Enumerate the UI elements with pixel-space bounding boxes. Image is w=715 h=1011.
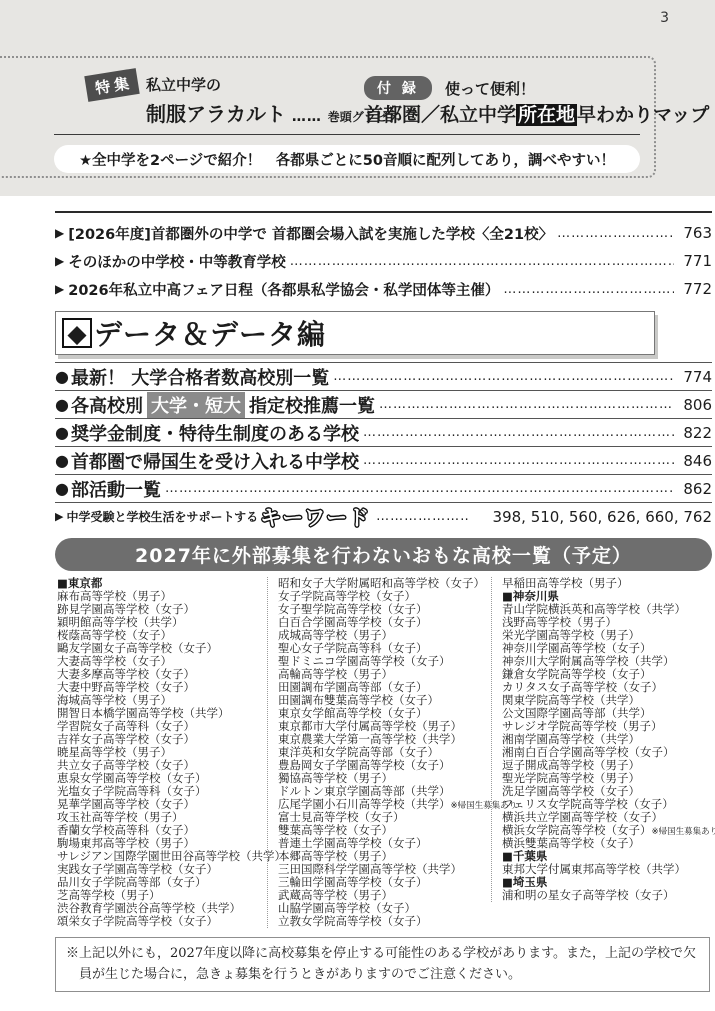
tokushu-line1: 私立中学の [146,74,221,95]
toc-page-number: 771 [678,252,712,270]
toc-label-post: 指定校推薦一覧 [249,392,375,418]
toc-top: ▶ [2026年度]首都圏外の中学で 首都圏会場入試を実施した学校〈全21校〉 … [55,219,712,303]
star-banner: ★全中学を2ページで紹介！ 各都県ごとに50音順に配列してあり，調べやすい！ [54,145,640,173]
toc-row: ▶ そのほかの中学校・中等教育学校 …………………………………………………………… [55,247,712,275]
toc-data-row: ● 各高校別 大学・短大 指定校推薦一覧 …………………………………………………… [55,390,712,418]
triangle-bullet-icon: ▶ [55,510,63,523]
toc-label: 首都圏で帰国生を受け入れる中学校 [71,448,359,474]
feature-divider [54,134,640,135]
circle-bullet-icon: ● [55,395,69,414]
furoku-line2-post: 早わかりマップ [577,104,709,126]
dot-leader: …………………………………………………………………………………………………………… [363,425,674,440]
school-row: 浦和明の星女子高等学校（女子） [502,889,715,902]
toc-label: 2026年私立中高フェア日程（各都県私学協会・私学団体等主催） [68,279,499,300]
toc-data-row: ● 首都圏で帰国生を受け入れる中学校 ………………………………………………………… [55,446,712,474]
toc-page-number: 822 [678,424,712,442]
furoku-badge: 付 録 [364,76,432,100]
diamond-icon: ◆ [62,318,92,348]
tokushu-line2: 制服アラカルト …… 巻頭グラビア [146,98,400,127]
keyword-page-numbers: 398, 510, 560, 626, 660, 762 [493,508,712,526]
school-list-banner: 2027年に外部募集を行わないおもな高校一覧（予定） [55,538,712,571]
school-columns: ■東京都麻布高等学校（男子）跡見学園高等学校（女子）穎明館高等学校（共学）桜蔭高… [55,577,712,928]
boxed-label: 大学・短大 [147,392,245,418]
toc-label: 奨学金制度・特待生制度のある学校 [71,420,359,446]
school-row: 立教女学院高等学校（女子） [278,915,491,928]
tokushu-badge: 特集 [84,68,139,102]
circle-bullet-icon: ● [55,479,69,498]
tokushu-title: 制服アラカルト [146,102,286,126]
returnee-note: ※帰国生募集あり [652,827,715,837]
toc-row: ▶ [2026年度]首都圏外の中学で 首都圏会場入試を実施した学校〈全21校〉 … [55,219,712,247]
toc-label: [2026年度]首都圏外の中学で 首都圏会場入試を実施した学校〈全21校〉 [68,223,553,244]
toc-label: 部活動一覧 [71,476,161,502]
furoku-line2: 首都圏／私立中学所在地早わかりマップ [364,100,709,127]
dot-leader: …………………………………………………………………………………………………………… [290,254,674,269]
toc-data-section: ● 最新！ 大学合格者数高校別一覧 …………………………………………………………… [55,362,712,530]
triangle-bullet-icon: ▶ [55,254,64,268]
dot-leader: …………………………………………………………………………………………………………… [557,226,674,241]
dot-leader: …………………………………………………………………………………………………………… [503,282,674,297]
circle-bullet-icon: ● [55,423,69,442]
toc-page-number: 806 [678,396,712,414]
toc-label-pre: 各高校別 [71,392,143,418]
circle-bullet-icon: ● [55,451,69,470]
shozaichi-boxed-label: 所在地 [516,104,577,126]
keyword-row: ▶ 中学受験と学校生活をサポートする キーワード …………………… 398, 5… [55,502,712,530]
school-column: ■東京都麻布高等学校（男子）跡見学園高等学校（女子）穎明館高等学校（共学）桜蔭高… [55,577,267,928]
dot-leader: …………………… [376,509,468,524]
section-heading-data-and-data: ◆ データ＆データ編 [55,311,655,355]
furoku-lead: 使って便利！ [445,80,535,98]
toc-page-number: 862 [678,480,712,498]
toc-page-number: 846 [678,452,712,470]
toc-row: ▶ 2026年私立中高フェア日程（各都県私学協会・私学団体等主催） ………………… [55,275,712,303]
keyword-lead: 中学受験と学校生活をサポートする [66,508,258,525]
tokushu-dots: …… [286,109,328,125]
feature-appendix-box: 特集 私立中学の 制服アラカルト …… 巻頭グラビア 付 録 使って便利！ 首都… [0,56,656,178]
toc-label: 最新！ 大学合格者数高校別一覧 [71,364,329,390]
toc-label: そのほかの中学校・中等教育学校 [68,251,286,272]
top-rule [55,211,712,213]
toc-data-row: ● 部活動一覧 ……………………………………………………………………………………… [55,474,712,502]
footnote-text: ※上記以外にも，2027年度以降に高校募集を停止する可能性のある学校があります。… [66,943,699,985]
triangle-bullet-icon: ▶ [55,282,64,296]
main-content: ▶ [2026年度]首都圏外の中学で 首都圏会場入試を実施した学校〈全21校〉 … [55,211,712,992]
page-number: 3 [660,10,669,26]
toc-data-row: ● 奨学金制度・特待生制度のある学校 ………………………………………………………… [55,418,712,446]
school-column: 昭和女子大学附属昭和高等学校（女子）女子学院高等学校（女子）女子聖学院高等学校（… [267,577,491,928]
toc-page-number: 772 [678,280,712,298]
circle-bullet-icon: ● [55,367,69,386]
dot-leader: …………………………………………………………………………………………………………… [379,397,674,412]
dot-leader: …………………………………………………………………………………………………………… [333,369,674,384]
toc-data-row: ● 最新！ 大学合格者数高校別一覧 …………………………………………………………… [55,362,712,390]
furoku-group: 付 録 使って便利！ [364,76,535,100]
dot-leader: …………………………………………………………………………………………………………… [363,453,674,468]
school-row: 頌栄女子学院高等学校（女子） [57,915,267,928]
dot-leader: …………………………………………………………………………………………………………… [165,481,674,496]
section-heading-title: データ＆データ編 [94,313,326,353]
furoku-line2-pre: 首都圏／私立中学 [364,104,516,126]
school-column: 早稲田高等学校（男子）■神奈川県青山学院横浜英和高等学校（共学）浅野高等学校（男… [491,577,715,902]
toc-page-number: 763 [678,224,712,242]
triangle-bullet-icon: ▶ [55,226,64,240]
toc-page-number: 774 [678,368,712,386]
footnote-box: ※上記以外にも，2027年度以降に高校募集を停止する可能性のある学校があります。… [55,937,710,992]
keyword-logo: キーワード [260,502,370,532]
